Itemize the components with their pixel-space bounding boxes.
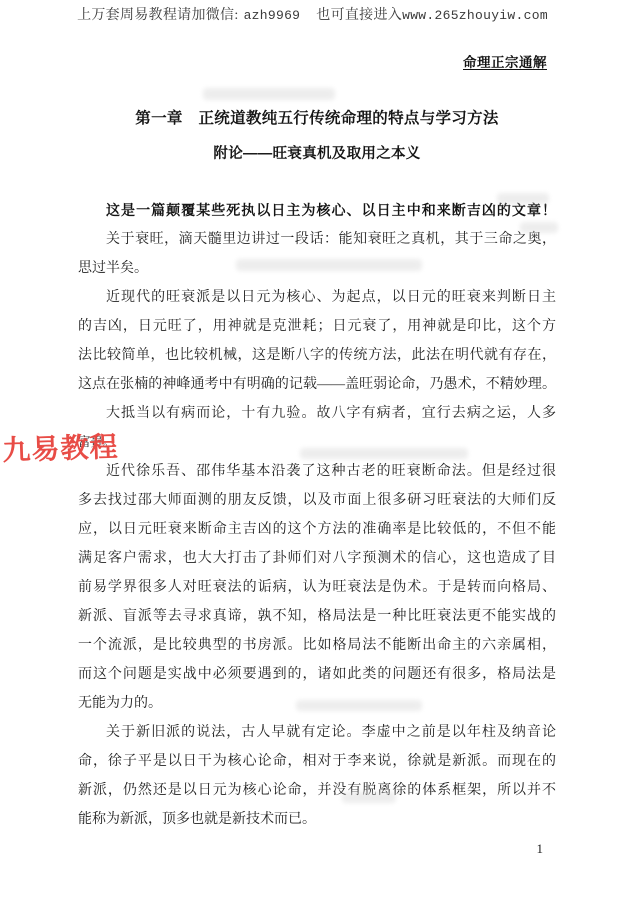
scan-artifact — [296, 700, 422, 711]
scan-artifact — [203, 88, 335, 100]
scan-artifact — [497, 193, 549, 204]
document-page: 上万套周易教程请加微信:azh9969也可直接进入www.265zhouyiw.… — [0, 0, 625, 912]
text-line: 前易学界很多人对旺衰法的诟病，认为旺衰法是伪术。于是转而向格局、 — [78, 573, 556, 602]
text-line: 应，以日元旺衰来断命主吉凶的这个方法的准确率是比较低的，不但不能 — [78, 515, 556, 544]
text-line: 能称为新派，顶多也就是新技术而已。 — [78, 805, 556, 834]
text-line: 新派、盲派等去寻求真谛，孰不知，格局法是一种比旺衰法更不能实战的 — [78, 602, 556, 631]
header-ad-prefix: 上万套周易教程请加微信: — [77, 8, 239, 23]
watermark: 九易教程 — [2, 432, 119, 466]
text-line: 大抵当以有病而论，十有九验。故八字有病者，宜行去病之运，人多 — [78, 399, 556, 428]
text-line: 这是一篇颠覆某些死执以日主为核心、以日主中和来断吉凶的文章！ — [78, 196, 556, 225]
header-ad-middle: 也可直接进入 — [316, 8, 402, 23]
text-line: 这点在张楠的神峰通考中有明确的记载——盖旺弱论命，乃愚术，不精妙理。 — [78, 370, 556, 399]
page-number: 1 — [537, 841, 544, 857]
header-ad-banner: 上万套周易教程请加微信:azh9969也可直接进入www.265zhouyiw.… — [0, 4, 625, 24]
site-url: www.265zhouyiw.com — [402, 8, 548, 23]
text-line: 关于新旧派的说法，古人早就有定论。李虚中之前是以年柱及纳音论 — [78, 718, 556, 747]
text-line: 满足客户需求，也大大打击了卦师们对八字预测术的信心，这也造成了目 — [78, 544, 556, 573]
text-line: 一个流派，是比较典型的书房派。比如格局法不能断出命主的六亲属相， — [78, 631, 556, 660]
chapter-title: 第一章 正统道教纯五行传统命理的特点与学习方法 — [78, 106, 556, 128]
wechat-id: azh9969 — [244, 8, 301, 23]
scan-artifact — [300, 448, 468, 459]
text-line: 近现代的旺衰派是以日元为核心、为起点，以日元的旺衰来判断日主 — [78, 283, 556, 312]
scan-artifact — [236, 259, 422, 271]
text-line: 新派，仍然还是以日元为核心论命，并没有脱离徐的体系框架，所以并不 — [78, 776, 556, 805]
text-line: 命，徐子平是以日干为核心论命，相对于李来说，徐就是新派。而现在的 — [78, 747, 556, 776]
book-title: 命理正宗通解 — [463, 51, 547, 71]
text-line: 而这个问题是实战中必须要遇到的，诸如此类的问题还有很多，格局法是 — [78, 660, 556, 689]
text-line: 多去找过邵大师面测的朋友反馈，以及市面上很多研习旺衰法的大师们反 — [78, 486, 556, 515]
scan-artifact — [342, 792, 396, 803]
body-text: 这是一篇颠覆某些死执以日主为核心、以日主中和来断吉凶的文章！ 关于衰旺，滴天髓里… — [78, 196, 556, 834]
chapter-subtitle: 附论——旺衰真机及取用之本义 — [78, 142, 556, 163]
text-line: 关于衰旺，滴天髓里边讲过一段话：能知衰旺之真机，其于三命之奥， — [78, 225, 556, 254]
text-line: 的吉凶，日元旺了，用神就是克泄耗；日元衰了，用神就是印比，这个方 — [78, 312, 556, 341]
text-line: 法比较简单，也比较机械，这是断八字的传统方法，此法在明代就有存在， — [78, 341, 556, 370]
text-line: 近代徐乐吾、邵伟华基本沿袭了这种古老的旺衰断命法。但是经过很 — [78, 457, 556, 486]
scan-artifact — [520, 222, 558, 233]
